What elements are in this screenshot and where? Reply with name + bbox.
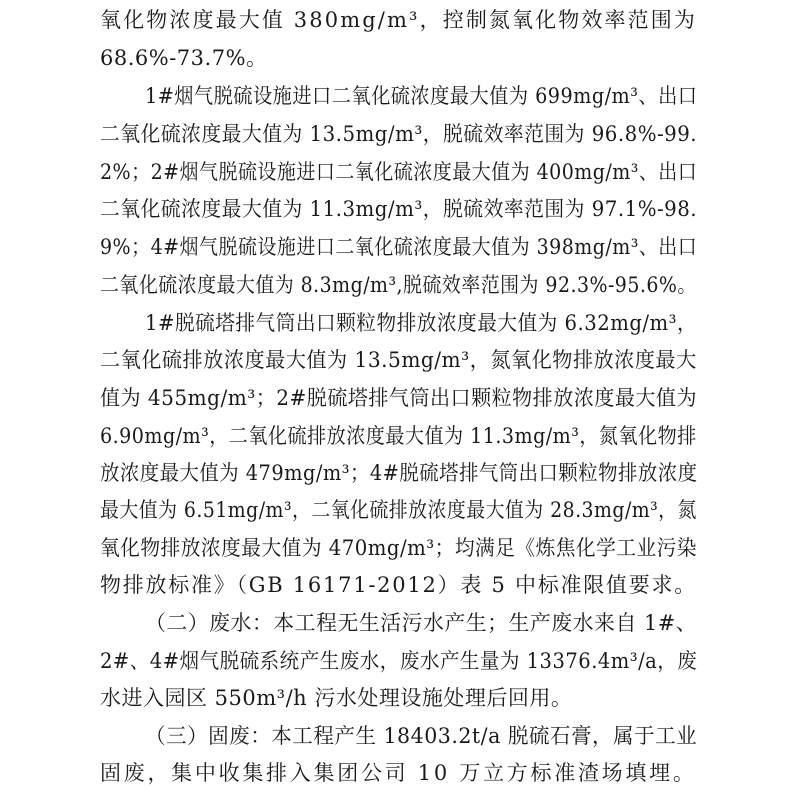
text-line: 68.6%-73.7%。 [100,40,268,76]
text-line: 二氧化硫浓度最大值为 13.5mg/m³，脱硫效率范围为 96.8%-99. [100,116,697,152]
section-heading-wastewater: （二）废水：本工程无生活污水产生；生产废水来自 1#、 [145,605,697,641]
text-line: 二氧化硫浓度最大值为 11.3mg/m³，脱硫效率范围为 97.1%-98. [100,191,697,227]
text-line: 氧化物浓度最大值 380mg/m³，控制氮氧化物效率范围为 [100,2,697,38]
text-line: 放浓度最大值为 479mg/m³；4#脱硫塔排气筒出口颗粒物排放浓度 [100,455,697,491]
section-heading-solid-waste: （三）固废：本工程产生 18403.2t/a 脱硫石膏，属于工业 [145,718,697,754]
text-line: 值为 455mg/m³；2#脱硫塔排气筒出口颗粒物排放浓度最大值为 [100,380,697,416]
text-line: 二氧化硫排放浓度最大值为 13.5mg/m³，氮氧化物排放浓度最大 [100,342,697,378]
text-line: 6.90mg/m³，二氧化硫排放浓度最大值为 11.3mg/m³，氮氧化物排 [100,418,697,454]
text-line: 固废，集中收集排入集团公司 10 万立方标准渣场填埋。 [100,755,697,791]
text-line: 2#、4#烟气脱硫系统产生废水，废水产生量为 13376.4m³/a，废 [100,643,697,679]
text-line: 1#脱硫塔排气筒出口颗粒物排放浓度最大值为 6.32mg/m³， [145,305,697,341]
text-line: 2%；2#烟气脱硫设施进口二氧化硫浓度最大值为 400mg/m³、出口 [100,154,697,190]
text-line: 物排放标准》（GB 16171-2012）表 5 中标准限值要求。 [100,567,697,603]
text-line: 1#烟气脱硫设施进口二氧化硫浓度最大值为 699mg/m³、出口 [145,78,697,114]
text-line: 9%；4#烟气脱硫设施进口二氧化硫浓度最大值为 398mg/m³、出口 [100,229,697,265]
text-line: 氧化物排放浓度最大值为 470mg/m³；均满足《炼焦化学工业污染 [100,530,697,566]
text-line: 最大值为 6.51mg/m³，二氧化硫排放浓度最大值为 28.3mg/m³，氮 [100,492,697,528]
text-line: 二氧化硫浓度最大值为 8.3mg/m³,脱硫效率范围为 92.3%-95.6%。 [100,267,697,303]
text-line: 水进入园区 550m³/h 污水处理设施处理后回用。 [100,680,572,716]
